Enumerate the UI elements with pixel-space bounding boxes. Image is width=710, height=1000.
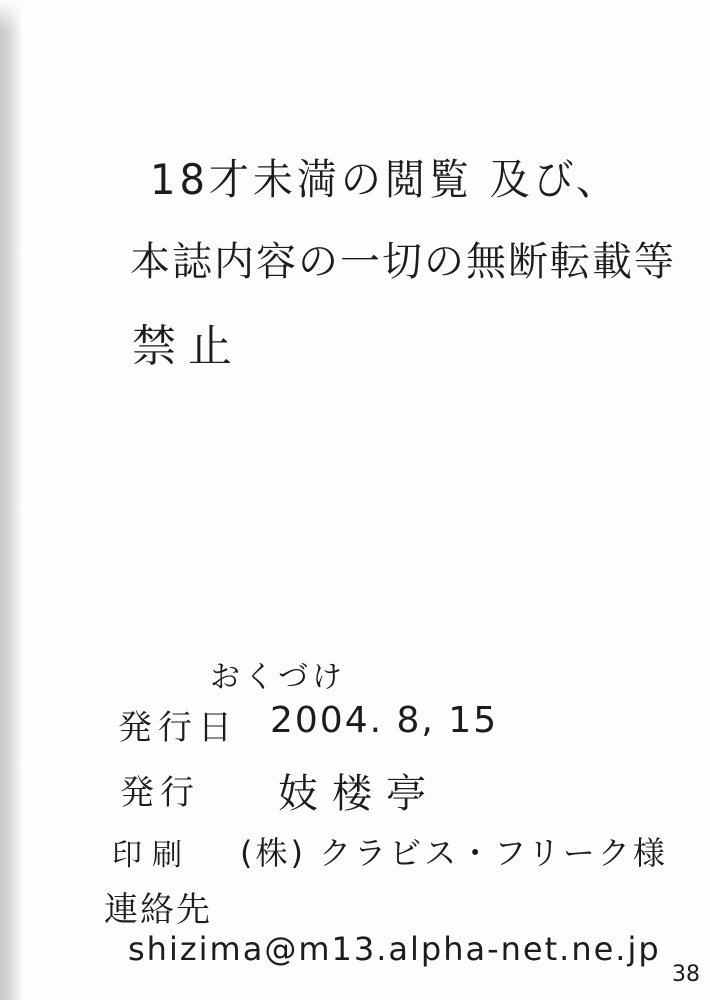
contact-label: 連絡先: [104, 882, 212, 931]
colophon-title: おくづけ: [210, 652, 346, 696]
scan-edge-shadow: [0, 0, 22, 1000]
contact-email: shizima@m13.alpha-net.ne.jp: [128, 930, 661, 968]
warning-line-age-restriction: 18才未満の閲覧 及び、: [150, 147, 620, 207]
publish-date-label: 発行日: [118, 700, 238, 749]
scan-edge-fade: [0, 0, 22, 30]
publish-date-value: 2004. 8, 15: [270, 700, 498, 741]
publisher-label: 発行: [120, 765, 200, 814]
printer-label: 印刷: [112, 830, 192, 874]
warning-line-no-reproduction: 本誌内容の一切の無断転載等: [130, 230, 676, 287]
warning-line-prohibited: 禁止: [132, 310, 244, 374]
page-number: 38: [672, 962, 700, 987]
publisher-value: 妓楼亭: [278, 762, 440, 819]
printer-value: (株) クラビス・フリーク様: [240, 828, 668, 874]
